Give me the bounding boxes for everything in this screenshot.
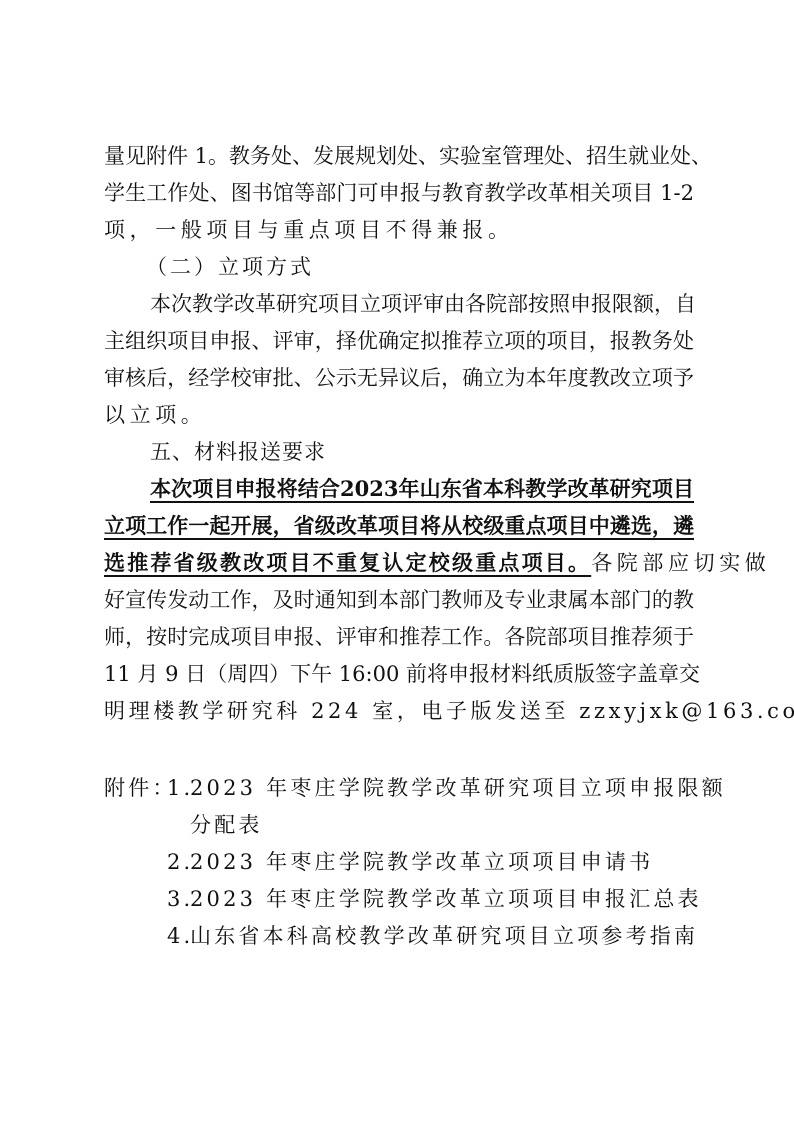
attachment-title: 2023 年枣庄学院教学改革研究项目立项申报限额 [190, 773, 726, 803]
section-heading: 五、材料报送要求 [150, 437, 740, 467]
emphasis-line: 立项工作一起开展，省级改革项目将从校级重点项目中遴选，遴 [104, 511, 694, 541]
subsection-heading: （二）立项方式 [146, 252, 736, 282]
paragraph-line: 明理楼教学研究科 224 室，电子版发送至 zzxyjxk@163.com。 [104, 696, 694, 726]
attachment-title: 山东省本科高校教学改革研究项目立项参考指南 [190, 921, 698, 951]
attachment-title: 2023 年枣庄学院教学改革立项项目申请书 [190, 847, 653, 877]
paragraph-line: 好宣传发动工作，及时通知到本部门教师及专业隶属本部门的教 [104, 585, 694, 615]
document-page: 量见附件 1。教务处、发展规划处、实验室管理处、招生就业处、 学生工作处、图书馆… [0, 0, 794, 1123]
paragraph-text: 各院部应切实做 [591, 548, 770, 578]
emphasis-line: 本次项目申报将结合2023年山东省本科教学改革研究项目 [150, 474, 694, 504]
attachments-label: 附件： [104, 773, 177, 803]
paragraph-line: 11 月 9 日（周四）下午 16:00 前将申报材料纸质版签字盖章交 [104, 659, 694, 689]
paragraph-line: 师，按时完成项目申报、评审和推荐工作。各院部项目推荐须于 [104, 622, 694, 652]
paragraph-line: 主组织项目申报、评审，择优确定拟推荐立项的项目，报教务处 [104, 326, 694, 356]
paragraph-line: 审核后，经学校审批、公示无异议后，确立为本年度教改立项予 [104, 363, 694, 393]
attachment-title-continuation: 分配表 [190, 810, 263, 840]
paragraph-line: 学生工作处、图书馆等部门可申报与教育教学改革相关项目 1-2 [104, 178, 694, 208]
mixed-line: 选推荐省级教改项目不重复认定校级重点项目。 各院部应切实做 [104, 548, 694, 578]
attachment-title: 2023 年枣庄学院教学改革立项项目申报汇总表 [190, 884, 702, 914]
paragraph-line: 本次教学改革研究项目立项评审由各院部按照申报限额，自 [150, 289, 694, 319]
paragraph-line: 以立项。 [104, 400, 694, 430]
emphasis-text: 选推荐省级教改项目不重复认定校级重点项目。 [104, 548, 591, 578]
paragraph-line: 量见附件 1。教务处、发展规划处、实验室管理处、招生就业处、 [104, 141, 694, 171]
paragraph-line: 项，一般项目与重点项目不得兼报。 [104, 215, 694, 245]
